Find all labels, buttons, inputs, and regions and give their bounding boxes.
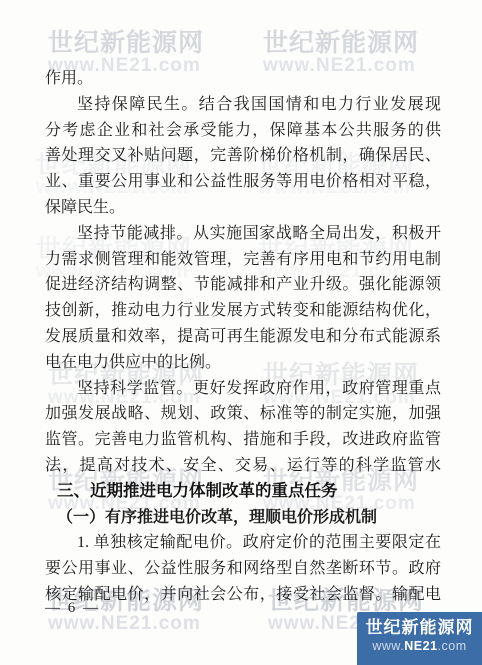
text-line: 要公用事业、公益性服务和网络型自然垄断环节。政府主要 [45,556,441,582]
watermark-url: www.NE21.com [48,614,198,634]
ne21-logo-title: 世纪新能源网 [357,618,482,638]
text-line: 监管。完善电力监管机构、措施和手段，改进政府监管方 [45,427,441,453]
text-line: 电在电力供应中的比例。 [45,350,441,376]
logo-url-www: www. [372,639,404,653]
text-line: 保障民生。 [45,195,441,221]
document-text: 作用。 坚持保障民生。结合我国国情和电力行业发展现状，充 分考虑企业和社会承受能… [45,66,441,608]
text-line: 坚持保障民生。结合我国国情和电力行业发展现状，充 [45,92,441,118]
text-line: 力需求侧管理和能效管理，完善有序用电和节约用电制度， [45,247,441,273]
text-line: 坚持科学监管。更好发挥政府作用，政府管理重点放在 [45,376,441,402]
page-number: — 6 — [45,600,100,617]
text-line: 善处理交叉补贴问题，完善阶梯价格机制，确保居民、农 [45,143,441,169]
subsection-heading: （一）有序推进电价改革，理顺电价形成机制 [45,505,441,531]
logo-url-ne21: NE21 [404,639,437,653]
text-line: 法，提高对技术、安全、交易、运行等的科学监管水平。 [45,453,441,479]
text-line: 1. 单独核定输配电价。政府定价的范围主要限定在重 [45,530,441,556]
watermark-title: 世纪新能源网 [48,30,198,56]
logo-url-com: .com [438,639,467,653]
text-line: 发展质量和效率，提高可再生能源发电和分布式能源系统发 [45,324,441,350]
text-line: 技创新，推动电力行业发展方式转变和能源结构优化，提高 [45,298,441,324]
text-line: 加强发展战略、规划、政策、标准等的制定实施，加强市场 [45,401,441,427]
watermark-title: 世纪新能源网 [263,30,413,56]
ne21-logo: 世纪新能源网 www.NE21.com [357,612,482,665]
text-line: 业、重要公用事业和公益性服务等用电价格相对平稳，切实 [45,169,441,195]
section-heading: 三、近期推进电力体制改革的重点任务 [45,479,441,505]
text-line: 分考虑企业和社会承受能力，保障基本公共服务的供给。妥 [45,118,441,144]
text-line: 坚持节能减排。从实施国家战略全局出发，积极开展电 [45,221,441,247]
text-line: 核定输配电价，并向社会公布，接受社会监督。输配电价逐 [45,582,441,608]
scanned-document-page: 世纪新能源网www.NE21.com 世纪新能源网www.NE21.com 世纪… [0,0,482,665]
text-line: 作用。 [45,66,441,92]
text-line: 促进经济结构调整、节能减排和产业升级。强化能源领域科 [45,272,441,298]
ne21-logo-url: www.NE21.com [357,638,482,654]
